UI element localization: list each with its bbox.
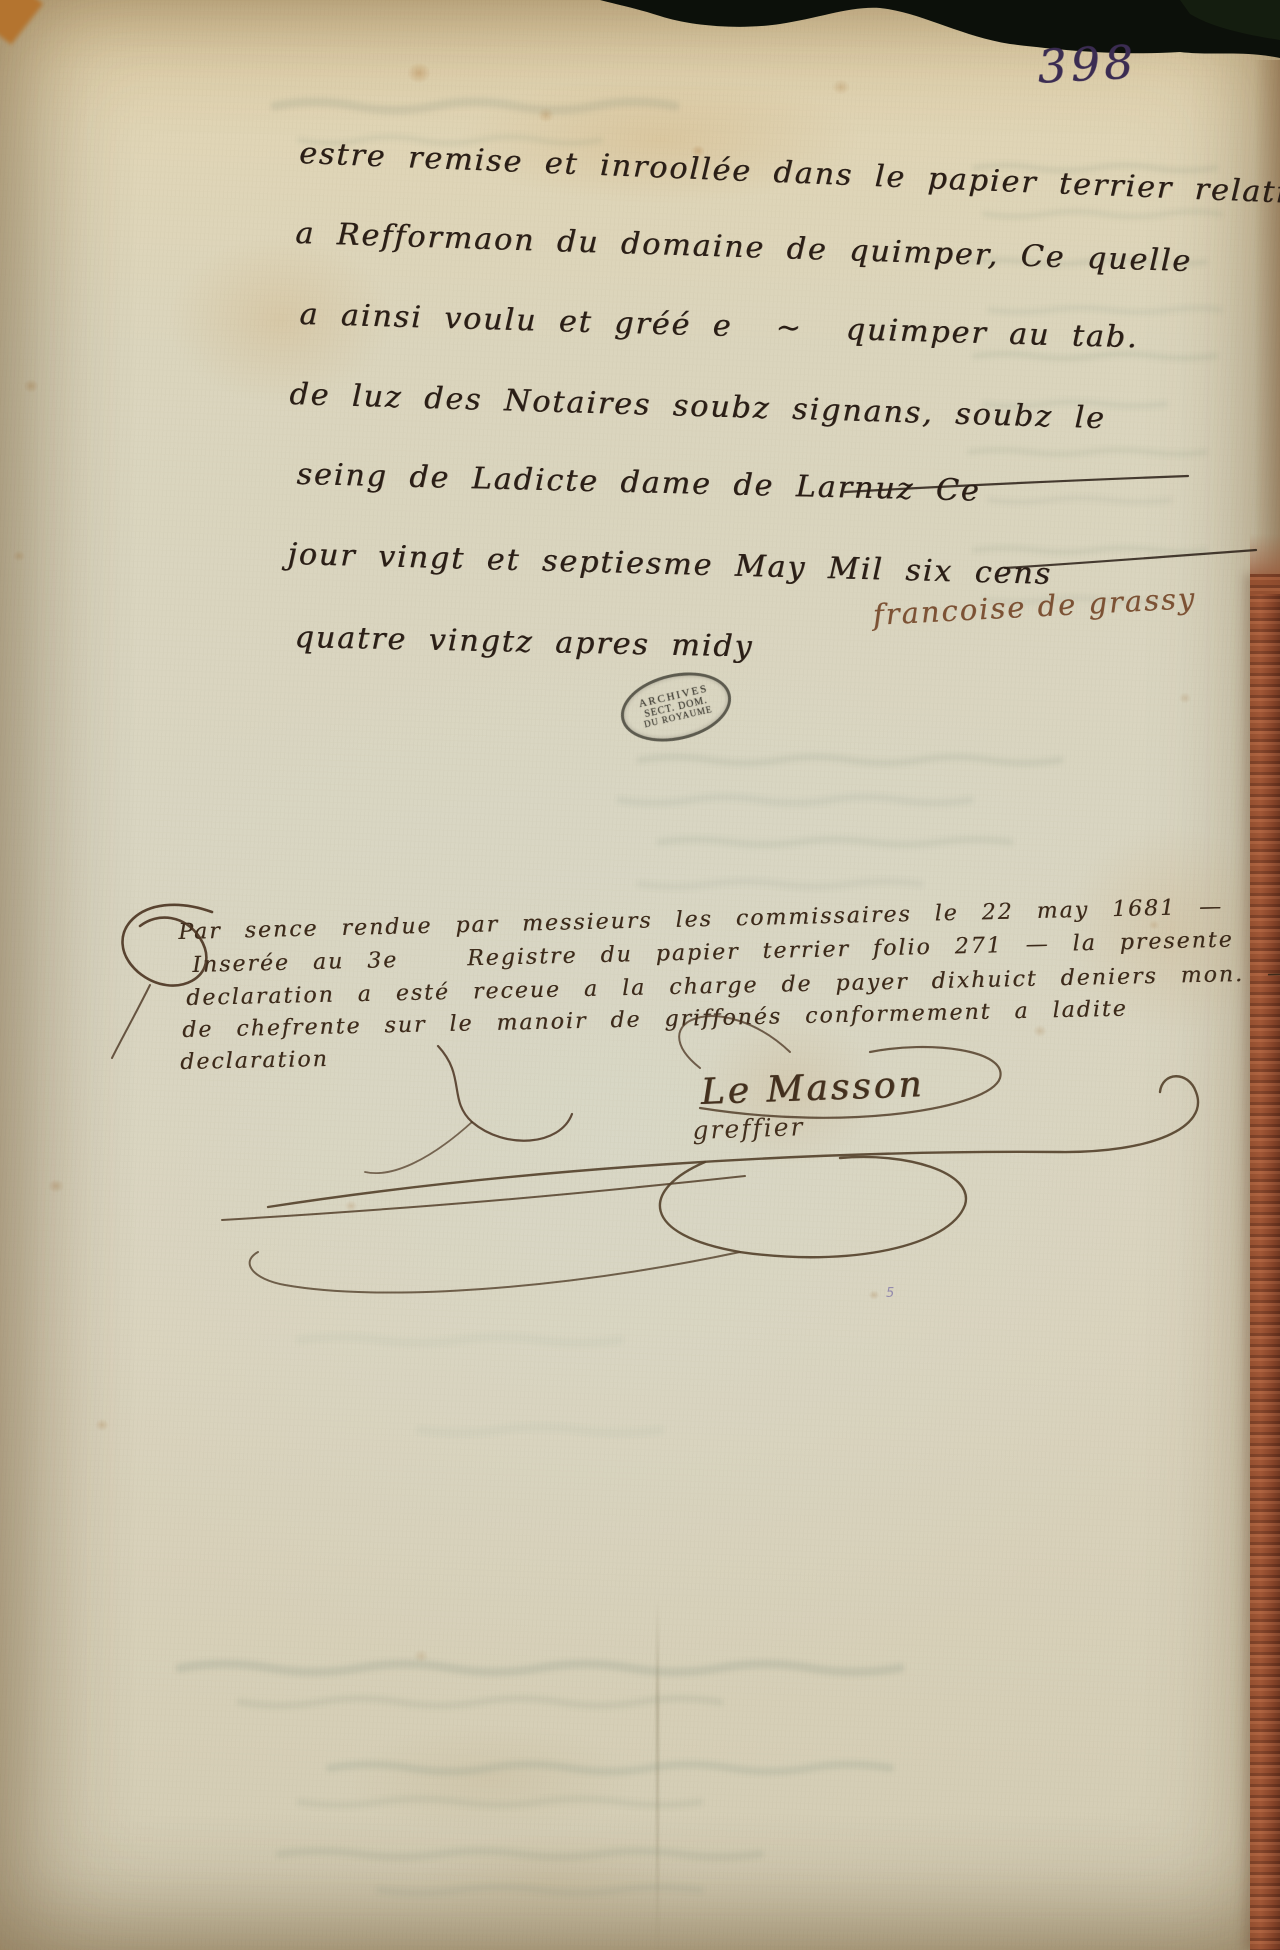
paraph-stroke-2 [222, 1176, 745, 1220]
signature-clerk-title: greffier [692, 1112, 805, 1145]
signature-declarant: francoise de grassy [872, 581, 1197, 632]
main-text-line-2: a Refformaon du domaine de quimper, Ce q… [295, 216, 1193, 279]
book-edge-red [1250, 574, 1280, 1950]
paraph-loop [660, 1157, 966, 1257]
main-text-line-6: jour vingt et septiesme May Mil six cens [287, 537, 1052, 592]
stray-pencil-mark: 5 [886, 1286, 894, 1301]
main-text-line-7: quatre vingtz apres midy [294, 620, 754, 665]
top-left-edge-sliver [0, 0, 43, 45]
main-text-line-4: de luz des Notaires soubz signans, soubz… [289, 377, 1106, 436]
paper-crease [656, 1600, 659, 1950]
manuscript-page: 398 estre remise et inroollée dans le pa… [0, 0, 1280, 1950]
declaration-flourish [438, 1046, 572, 1141]
right-edge-shade [1254, 60, 1280, 580]
initial-p-tail [112, 985, 150, 1058]
main-text-line-3: a ainsi voulu et gréé e ∼ quimper au tab… [299, 297, 1139, 355]
declaration-flourish-tail [365, 1122, 472, 1173]
main-text-line-5: seing de Ladicte dame de Larnuz Ce [296, 457, 981, 509]
registration-line-5: declaration [180, 1047, 329, 1075]
paraph-lower-tail [250, 1252, 740, 1293]
main-text-line-1: estre remise et inroollée dans le papier… [299, 136, 1280, 211]
signature-clerk-name: Le Masson [700, 1064, 925, 1113]
archive-stamp: ARCHIVES SECT. DOM. DU ROYAUME [614, 662, 738, 752]
folio-number: 398 [1036, 35, 1139, 94]
